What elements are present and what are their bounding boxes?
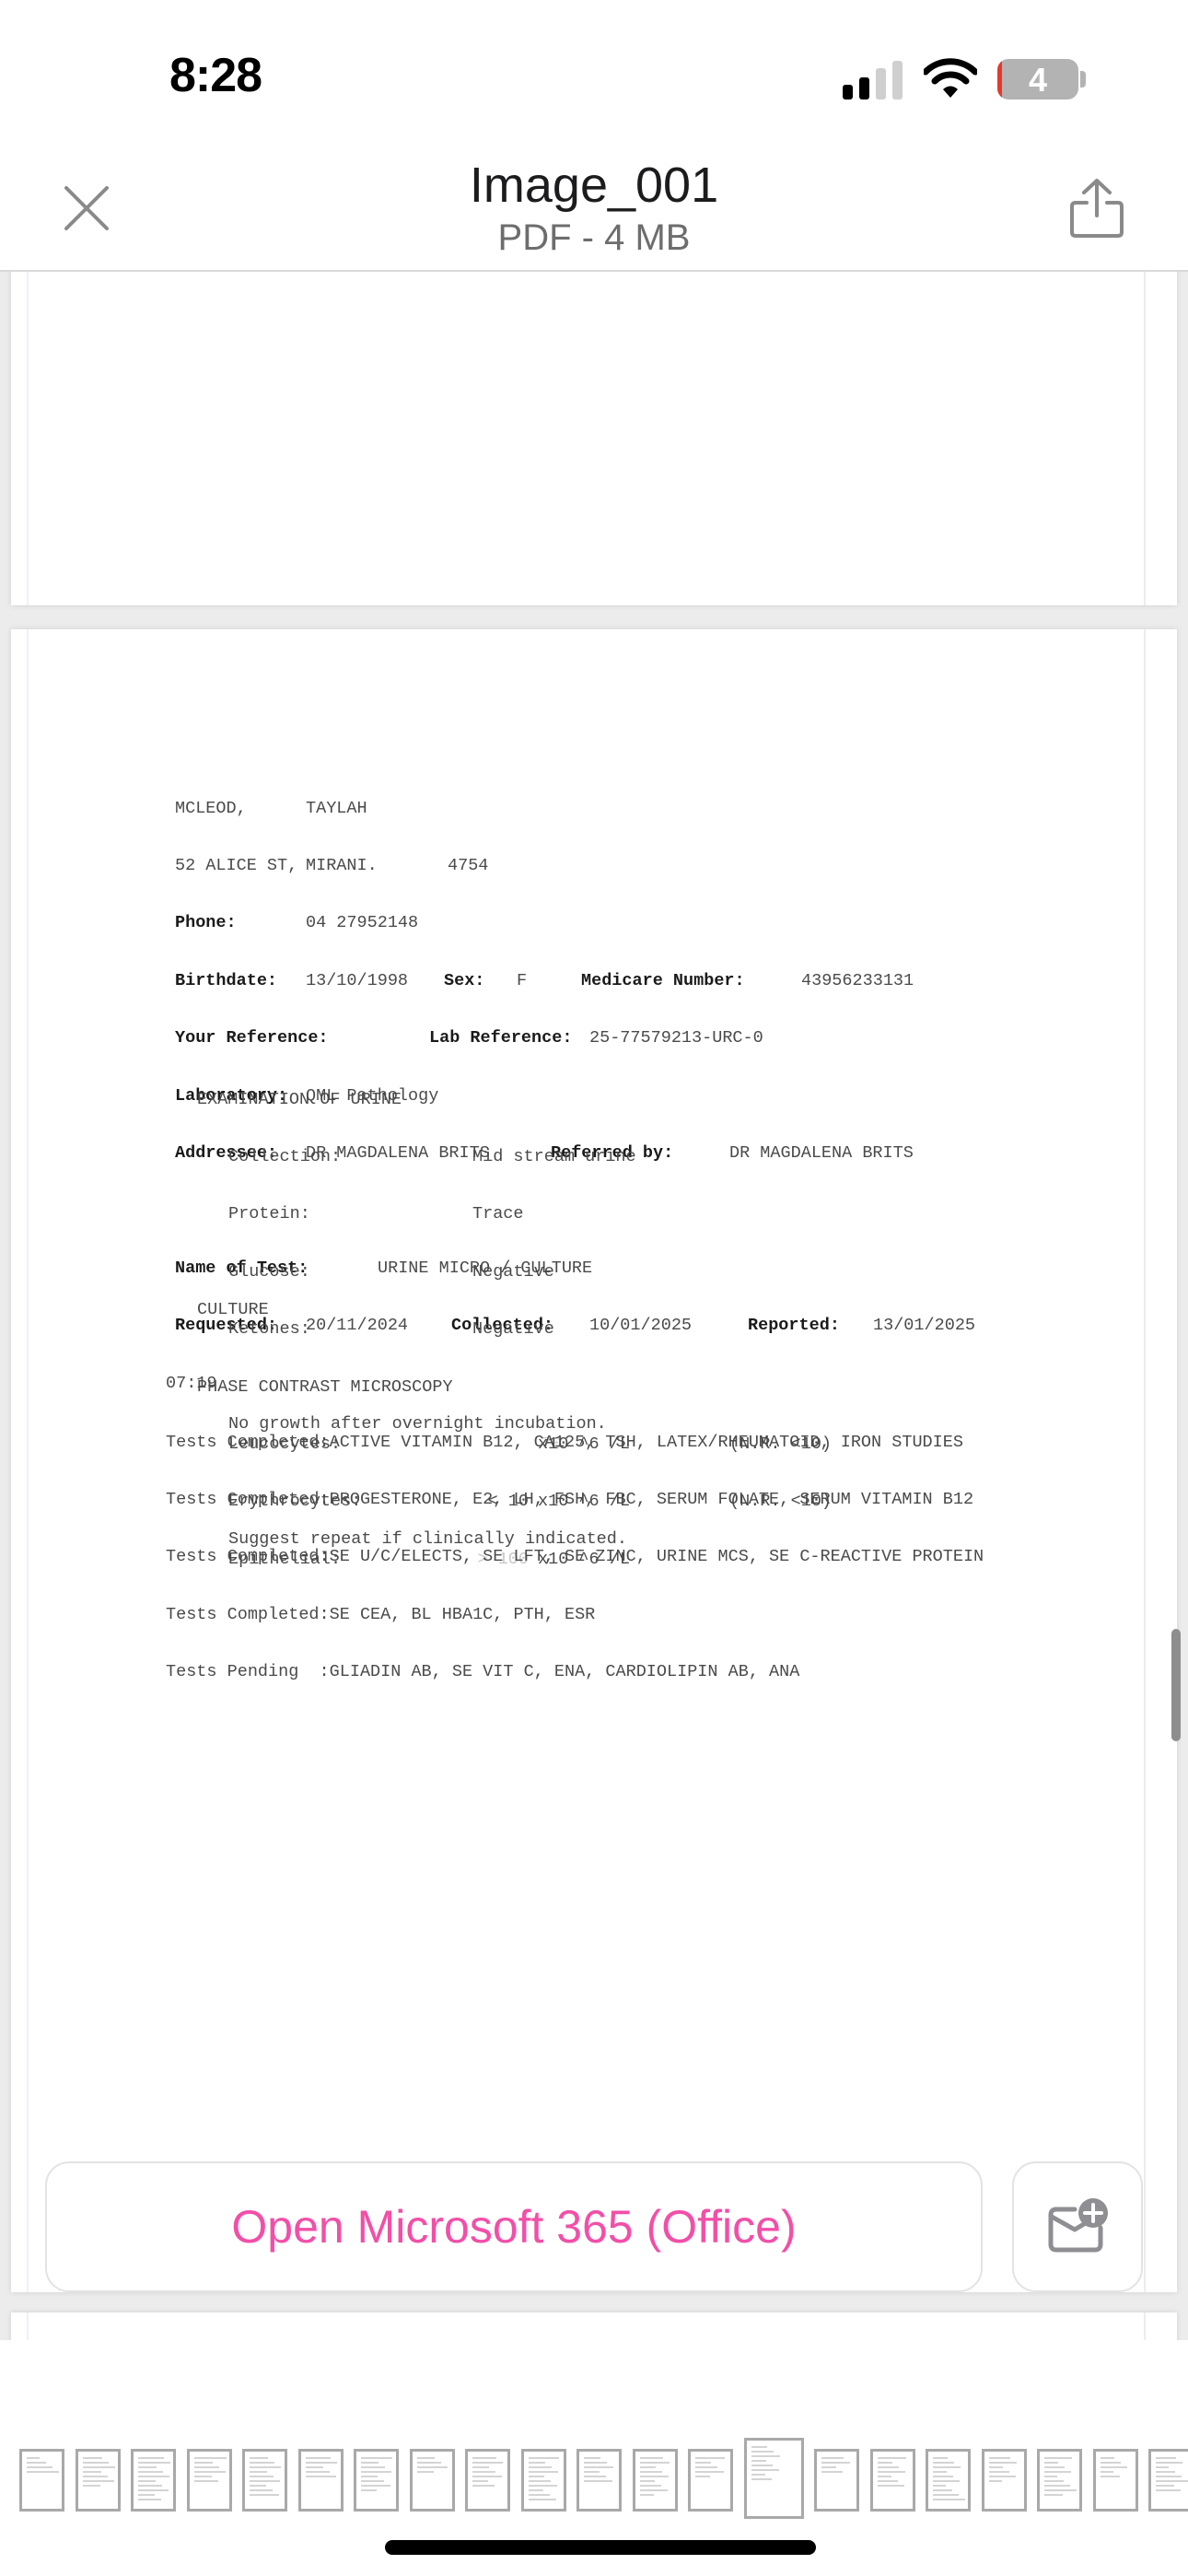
result-label: Protein: xyxy=(155,1204,310,1224)
page-thumbnail[interactable] xyxy=(76,2449,121,2512)
tests-status-label: Tests Completed: xyxy=(155,1547,330,1566)
tests-status-row: Tests Completed:SE U/C/ELECTS, SE LFT, S… xyxy=(155,1548,1076,1567)
page-thumbnail[interactable] xyxy=(354,2449,399,2512)
status-bar: 8:28 4 xyxy=(0,0,1188,138)
page-thumbnail[interactable] xyxy=(926,2449,971,2512)
medicare-value: 43956233131 xyxy=(801,972,914,991)
pdf-page-next xyxy=(11,2313,1177,2340)
share-button[interactable] xyxy=(1068,177,1125,240)
page-thumbnail[interactable] xyxy=(1148,2449,1188,2512)
share-icon xyxy=(1068,177,1125,240)
page-thumbnail[interactable] xyxy=(187,2449,232,2512)
sex-label: Sex: xyxy=(444,972,484,991)
tests-status-section: Tests Completed:ACTIVE VITAMIN B12, CA12… xyxy=(155,1395,1076,1702)
tests-status-row: Tests Completed:SE CEA, BL HBA1C, PTH, E… xyxy=(155,1606,1076,1625)
battery-level: 4 xyxy=(997,61,1078,100)
add-to-mail-button[interactable] xyxy=(1012,2161,1143,2292)
status-time: 8:28 xyxy=(169,48,262,103)
tests-status-value: PROGESTERONE, E2, LH, FSH, FBC, SERUM FO… xyxy=(330,1490,973,1509)
reference-row: Your Reference:Lab Reference:25-77579213… xyxy=(155,1029,1076,1048)
tests-status-value: ACTIVE VITAMIN B12, CA125, TSH, LATEX/RH… xyxy=(330,1433,963,1452)
phone-row: Phone:04 27952148 xyxy=(155,914,1076,933)
tests-status-row: Tests Pending :GLIADIN AB, SE VIT C, ENA… xyxy=(155,1663,1076,1682)
page-thumbnail[interactable] xyxy=(131,2449,176,2512)
tests-status-label: Tests Completed: xyxy=(155,1433,330,1452)
page-thumbnail[interactable] xyxy=(410,2449,455,2512)
urine-row: Collection:Mid stream urine xyxy=(155,1148,1076,1167)
tests-status-label: Tests Completed: xyxy=(155,1605,330,1624)
culture-heading: CULTURE xyxy=(155,1301,1076,1320)
tests-status-row: Tests Completed:ACTIVE VITAMIN B12, CA12… xyxy=(155,1434,1076,1453)
sex-value: F xyxy=(517,972,527,991)
page-thumbnail[interactable] xyxy=(298,2449,344,2512)
document-title: Image_001 xyxy=(0,157,1188,214)
tests-status-value: SE U/C/ELECTS, SE LFT, SE ZINC, URINE MC… xyxy=(330,1547,984,1566)
page-thumbnail[interactable] xyxy=(633,2449,678,2512)
urine-exam-heading: EXAMINATION OF URINE xyxy=(155,1091,1076,1110)
page-thumbnail[interactable] xyxy=(1093,2449,1138,2512)
tests-status-label: Tests Pending : xyxy=(155,1662,330,1681)
home-indicator[interactable] xyxy=(385,2540,816,2555)
your-reference-label: Your Reference: xyxy=(155,1028,329,1048)
battery-icon: 4 xyxy=(997,59,1078,100)
birthdate-label: Birthdate: xyxy=(155,971,277,990)
page-thumbnail[interactable] xyxy=(465,2449,510,2512)
page-thumbnail[interactable] xyxy=(870,2449,915,2512)
phone-value: 04 27952148 xyxy=(306,914,418,933)
phone-label: Phone: xyxy=(155,913,237,932)
result-value: Trace xyxy=(472,1205,524,1224)
tests-status-value: SE CEA, BL HBA1C, PTH, ESR xyxy=(330,1605,596,1624)
medicare-label: Medicare Number: xyxy=(581,972,745,991)
patient-address-row: 52 ALICE ST,MIRANI.4754 xyxy=(155,857,1076,876)
patient-given-name: TAYLAH xyxy=(306,800,367,819)
birthdate-value: 13/10/1998 xyxy=(306,972,408,991)
page-thumbnail[interactable] xyxy=(982,2449,1027,2512)
address-postcode: 4754 xyxy=(448,857,488,876)
page-thumbnail[interactable] xyxy=(577,2449,622,2512)
patient-name-row: MCLEOD,TAYLAH xyxy=(155,800,1076,819)
scrollbar-thumb[interactable] xyxy=(1171,1629,1181,1741)
open-microsoft-365-label: Open Microsoft 365 (Office) xyxy=(231,2200,796,2254)
page-thumbnail[interactable] xyxy=(242,2449,287,2512)
birthdate-row: Birthdate:13/10/1998Sex:FMedicare Number… xyxy=(155,972,1076,991)
address-suburb: MIRANI. xyxy=(306,857,378,876)
battery-cap xyxy=(1080,71,1086,88)
document-subtitle: PDF - 4 MB xyxy=(0,217,1188,259)
urine-exam-heading-text: EXAMINATION OF URINE xyxy=(155,1090,402,1109)
mail-add-icon xyxy=(1047,2196,1112,2261)
wifi-icon xyxy=(924,57,977,100)
page-thumbnail[interactable] xyxy=(19,2449,64,2512)
lab-reference-value: 25-77579213-URC-0 xyxy=(589,1029,763,1048)
page-thumbnail[interactable] xyxy=(1037,2449,1082,2512)
open-microsoft-365-button[interactable]: Open Microsoft 365 (Office) xyxy=(45,2161,983,2292)
address-street: 52 ALICE ST, xyxy=(155,856,297,875)
page-thumbnail[interactable] xyxy=(688,2449,733,2512)
page-thumbnail[interactable] xyxy=(814,2449,859,2512)
lab-reference-label: Lab Reference: xyxy=(429,1029,572,1048)
tests-status-row: Tests Completed:PROGESTERONE, E2, LH, FS… xyxy=(155,1491,1076,1510)
page-thumbnail[interactable] xyxy=(744,2438,804,2519)
tests-status-label: Tests Completed: xyxy=(155,1490,330,1509)
nav-bar: Image_001 PDF - 4 MB xyxy=(0,138,1188,272)
cellular-signal-icon xyxy=(843,61,905,100)
patient-surname: MCLEOD, xyxy=(155,799,247,818)
result-value: Mid stream urine xyxy=(472,1148,636,1167)
pdf-page-previous xyxy=(11,272,1177,605)
page-thumbnail[interactable] xyxy=(521,2449,566,2512)
culture-heading-text: CULTURE xyxy=(155,1300,269,1319)
tests-status-value: GLIADIN AB, SE VIT C, ENA, CARDIOLIPIN A… xyxy=(330,1662,800,1681)
result-label: Collection: xyxy=(155,1147,341,1166)
urine-row: Protein:Trace xyxy=(155,1205,1076,1224)
